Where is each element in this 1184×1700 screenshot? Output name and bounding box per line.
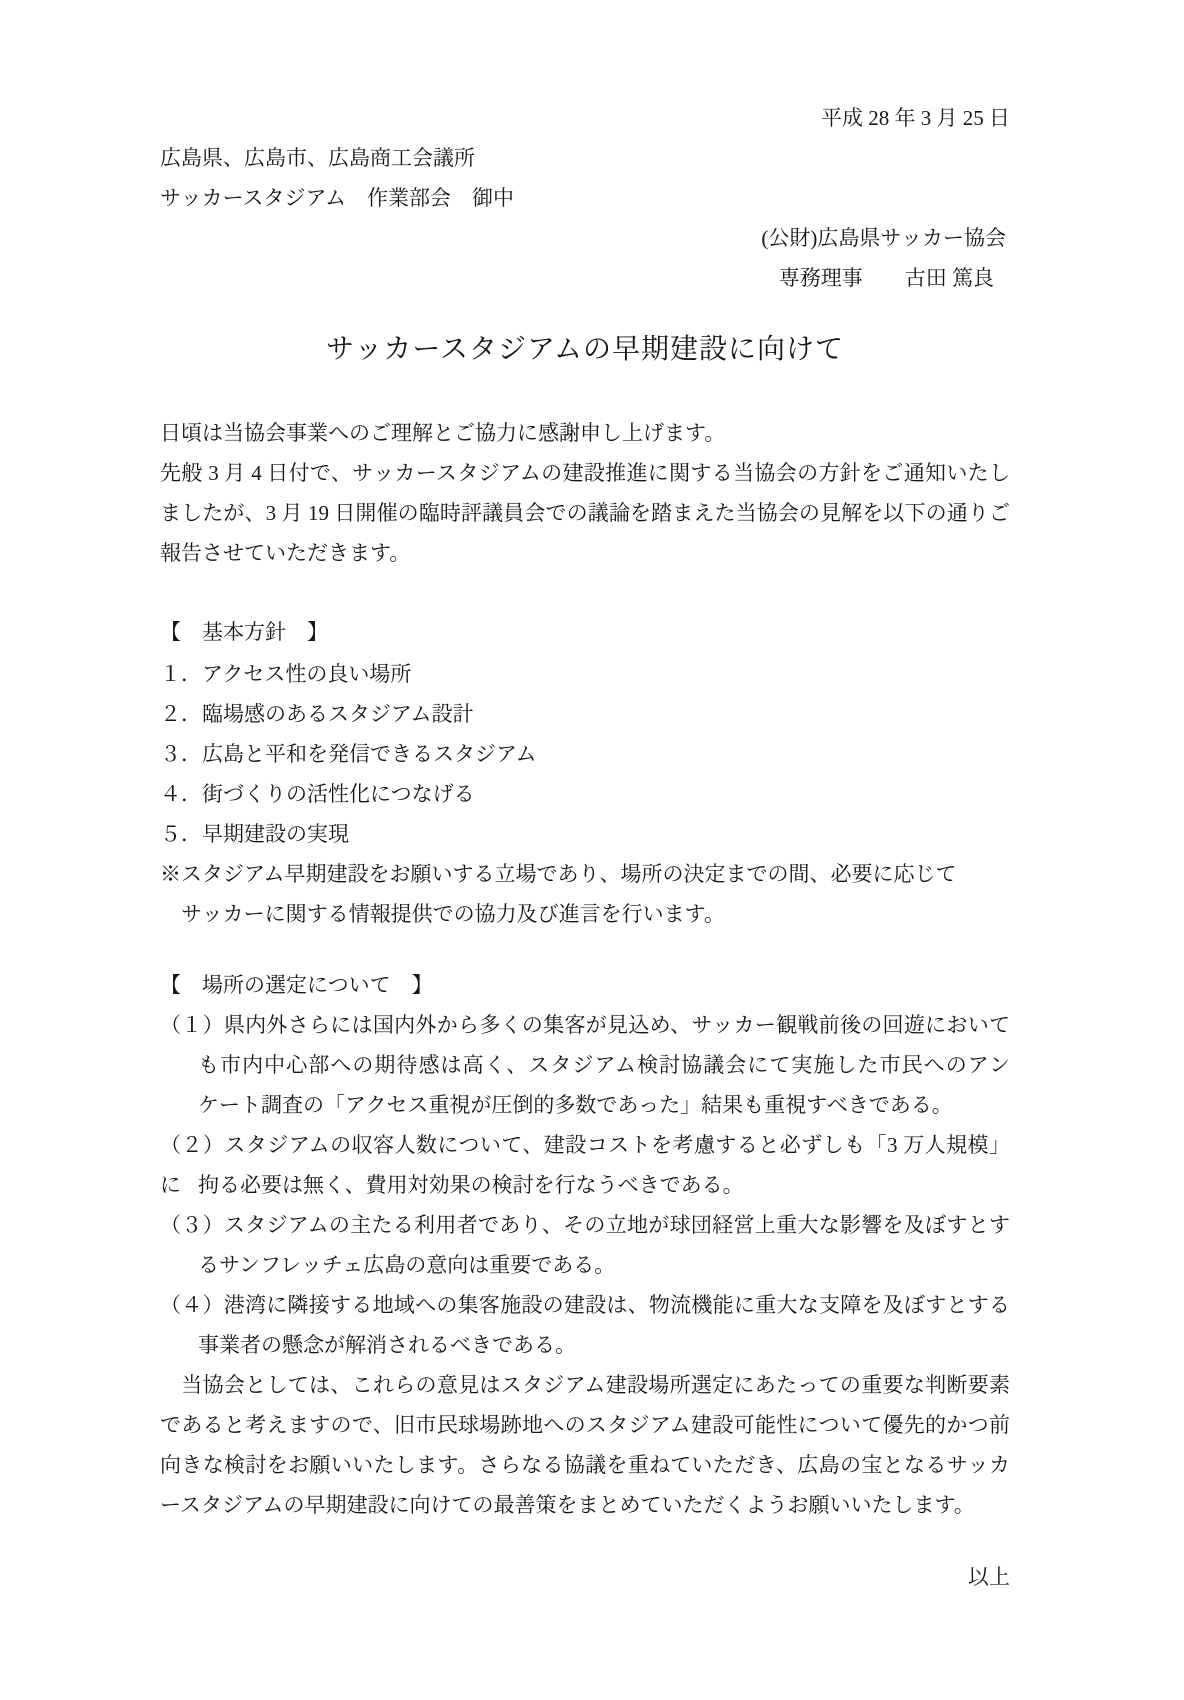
closing-line: ースタジアムの早期建設に向けての最善策をまとめていただくようお願いいたします。	[160, 1485, 1010, 1525]
policy-item: ２．臨場感のあるスタジアム設計	[160, 694, 1010, 734]
site-item-line: 事業者の懸念が解消されるべきである。	[160, 1325, 1010, 1365]
note-line: ※スタジアム早期建設をお願いする立場であり、場所の決定までの間、必要に応じて	[160, 854, 1010, 894]
policy-item: ３．広島と平和を発信できるスタジアム	[160, 734, 1010, 774]
intro-line: 先般 3 月 4 日付で、サッカースタジアムの建設推進に関する当協会の方針をご通…	[160, 453, 1010, 493]
sender-organization: (公財)広島県サッカー協会	[160, 218, 1010, 258]
intro-line: 報告させていただきます。	[160, 533, 1010, 573]
intro-line: 日頃は当協会事業へのご理解とご協力に感謝申し上げます。	[160, 413, 1010, 453]
recipient-line-2: サッカースタジアム 作業部会 御中	[160, 178, 1010, 218]
policy-item: １．アクセス性の良い場所	[160, 654, 1010, 694]
document-title: サッカースタジアムの早期建設に向けて	[160, 322, 1010, 378]
site-item-line: 拘る必要は無く、費用対効果の検討を行なうべきである。	[160, 1165, 1010, 1205]
closing-line: 向きな検討をお願いいたします。さらなる協議を重ねていただき、広島の宝となるサッカ	[160, 1445, 1010, 1485]
site-item-line: （１）県内外さらには国内外から多くの集客が見込め、サッカー観戦前後の回遊において	[160, 1005, 1010, 1045]
site-item-line: （３）スタジアムの主たる利用者であり、その立地が球団経営上重大な影響を及ぼすとす	[160, 1205, 1010, 1245]
end-mark: 以上	[160, 1557, 1010, 1597]
section-heading-basic-policy: 【 基本方針 】	[160, 612, 1010, 652]
closing-paragraph: 当協会としては、これらの意見はスタジアム建設場所選定にあたっての重要な判断要素 …	[160, 1365, 1010, 1525]
intro-line: ましたが、3 月 19 日開催の臨時評議員会での議論を踏まえた当協会の見解を以下…	[160, 493, 1010, 533]
note-line: サッカーに関する情報提供での協力及び進言を行います。	[160, 894, 1010, 934]
policy-item: ５．早期建設の実現	[160, 814, 1010, 854]
policy-item: ４．街づくりの活性化につなげる	[160, 774, 1010, 814]
policy-note: ※スタジアム早期建設をお願いする立場であり、場所の決定までの間、必要に応じて サ…	[160, 854, 1010, 934]
closing-line: であると考えますので、旧市民球場跡地へのスタジアム建設可能性について優先的かつ前	[160, 1405, 1010, 1445]
site-selection-items: （１）県内外さらには国内外から多くの集客が見込め、サッカー観戦前後の回遊において…	[160, 1005, 1010, 1365]
recipient-line-1: 広島県、広島市、広島商工会議所	[160, 138, 1010, 178]
policy-item-list: １．アクセス性の良い場所 ２．臨場感のあるスタジアム設計 ３．広島と平和を発信で…	[160, 654, 1010, 854]
intro-paragraph: 日頃は当協会事業へのご理解とご協力に感謝申し上げます。 先般 3 月 4 日付で…	[160, 413, 1010, 573]
letter-content: 平成 28 年 3 月 25 日 広島県、広島市、広島商工会議所 サッカースタジ…	[160, 0, 1010, 1597]
date-line: 平成 28 年 3 月 25 日	[160, 98, 1010, 138]
site-item-line: （４）港湾に隣接する地域への集客施設の建設は、物流機能に重大な支障を及ぼすとする	[160, 1285, 1010, 1325]
document-page: 平成 28 年 3 月 25 日 広島県、広島市、広島商工会議所 サッカースタジ…	[0, 0, 1184, 1700]
sender-person: 専務理事 古田 篤良	[160, 258, 1010, 298]
closing-line: 当協会としては、これらの意見はスタジアム建設場所選定にあたっての重要な判断要素	[160, 1365, 1010, 1405]
section-heading-site-selection: 【 場所の選定について 】	[160, 965, 1010, 1005]
site-item-line: も市内中心部への期待感は高く、スタジアム検討協議会にて実施した市民へのアン	[160, 1045, 1010, 1085]
site-item-line: （２）スタジアムの収容人数について、建設コストを考慮すると必ずしも「3 万人規模…	[160, 1125, 1010, 1165]
site-item-line: るサンフレッチェ広島の意向は重要である。	[160, 1245, 1010, 1285]
site-item-line: ケート調査の「アクセス重視が圧倒的多数であった」結果も重視すべきである。	[160, 1085, 1010, 1125]
